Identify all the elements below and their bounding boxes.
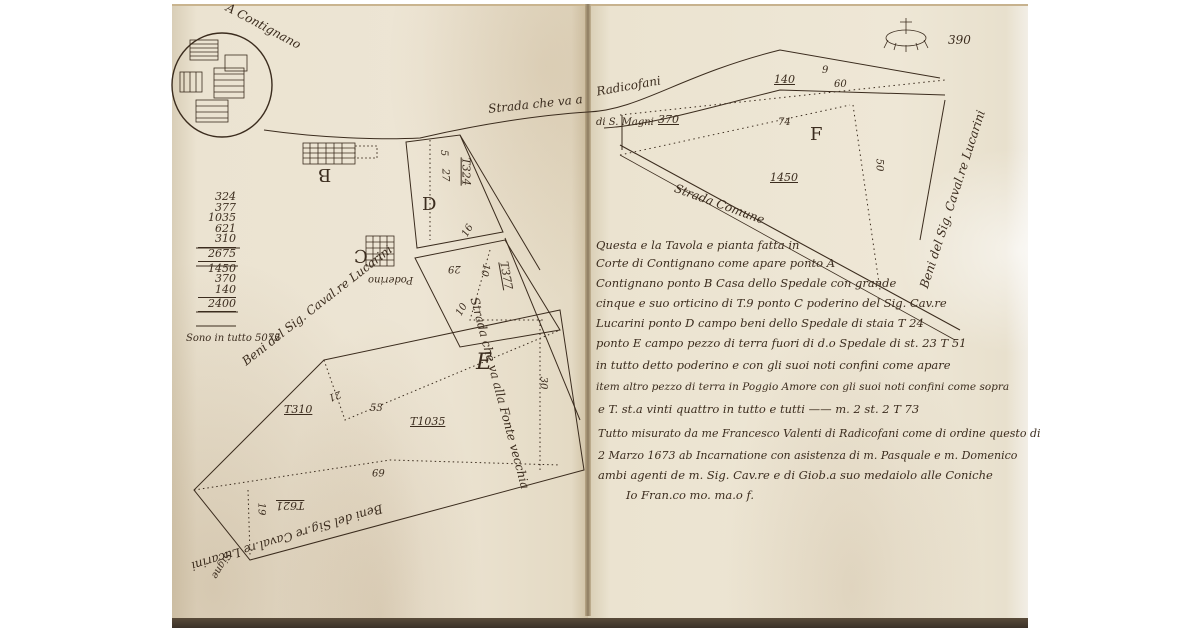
sums-footer: Sono in tutto 5075 [186,334,280,344]
plot-e-letter: E [476,352,492,374]
plot-e-side-19: 19 [255,503,265,516]
building-b-letter: B [318,165,331,183]
text-line: Tutto misurato da me Francesco Valenti d… [598,428,1041,439]
plot-f-side-50: 50 [873,159,883,172]
plot-c-side-10a: 10 [478,263,490,277]
text-line: ambi agenti de m. Sig. Cav.re e di Giob.… [598,470,993,482]
plot-e-area-621: T621 [276,500,304,511]
plot-e-area-310: T310 [284,404,312,415]
cross-emblem-drawing [884,18,928,52]
plot-f-side-74: 74 [778,118,791,128]
corner-mark-390: 390 [948,34,971,46]
plot-f-area-370: 370 [658,114,679,125]
plot-f-side-9: 9 [822,66,828,76]
plot-d-side-27: 27 [439,169,449,182]
poderino-label: Poderino [368,274,413,284]
plot-d-area: T324 [461,157,472,185]
sum-value: 140 [198,285,236,296]
plot-e-side-69: 69 [372,466,385,476]
plot-f-side-60: 60 [834,80,847,90]
plot-d-side-5: 5 [438,150,448,156]
plot-f-area-1450: 1450 [770,172,798,183]
sums-block: 324 377 1035 621 310 2675 1450 370 140 2… [198,192,236,314]
small-label-magni: di S. Magni [596,118,654,128]
building-b-drawing [303,143,377,164]
sum-total-1: 2675 [198,247,236,262]
text-line: Questa e la Tavola e pianta fatta in [596,240,799,252]
text-line: 2 Marzo 1673 ab Incarnatione con asisten… [598,450,1017,461]
plot-f-letter: F [810,126,823,144]
photo-stage: A Contignano Strada che va a B C Poderin… [0,0,1200,628]
plot-d-letter: D [422,196,436,214]
text-line: Lucarini ponto D campo beni dello Spedal… [596,318,924,330]
village-contignano-drawing [172,33,272,137]
text-line-signature: Io Fran.co mo. ma.o f. [626,490,754,502]
text-line: in tutto detto poderino e con gli suoi n… [596,360,951,372]
text-line: e T. st.a vinti quattro in tutto e tutti… [598,404,919,416]
text-line: Contignano ponto B Casa dello Spedale co… [596,278,896,290]
plot-e-side-30: 30 [537,377,547,390]
plot-e-side-53: 53 [370,404,383,414]
plot-f-area-140: 140 [774,74,795,85]
sum-total-2: 2400 [198,297,236,312]
text-line: cinque e suo orticino di T.9 ponto C pod… [596,298,947,310]
plot-e-area-1035: T1035 [410,416,445,427]
sum-value: 310 [198,234,236,245]
text-line: Corte di Contignano come apare ponto A [596,258,835,270]
text-line: ponto E campo pezzo di terra fuori di d.… [596,338,966,350]
plot-c-side-29: 29 [448,263,461,273]
text-line: item altro pezzo di terra in Poggio Amor… [596,382,1009,393]
